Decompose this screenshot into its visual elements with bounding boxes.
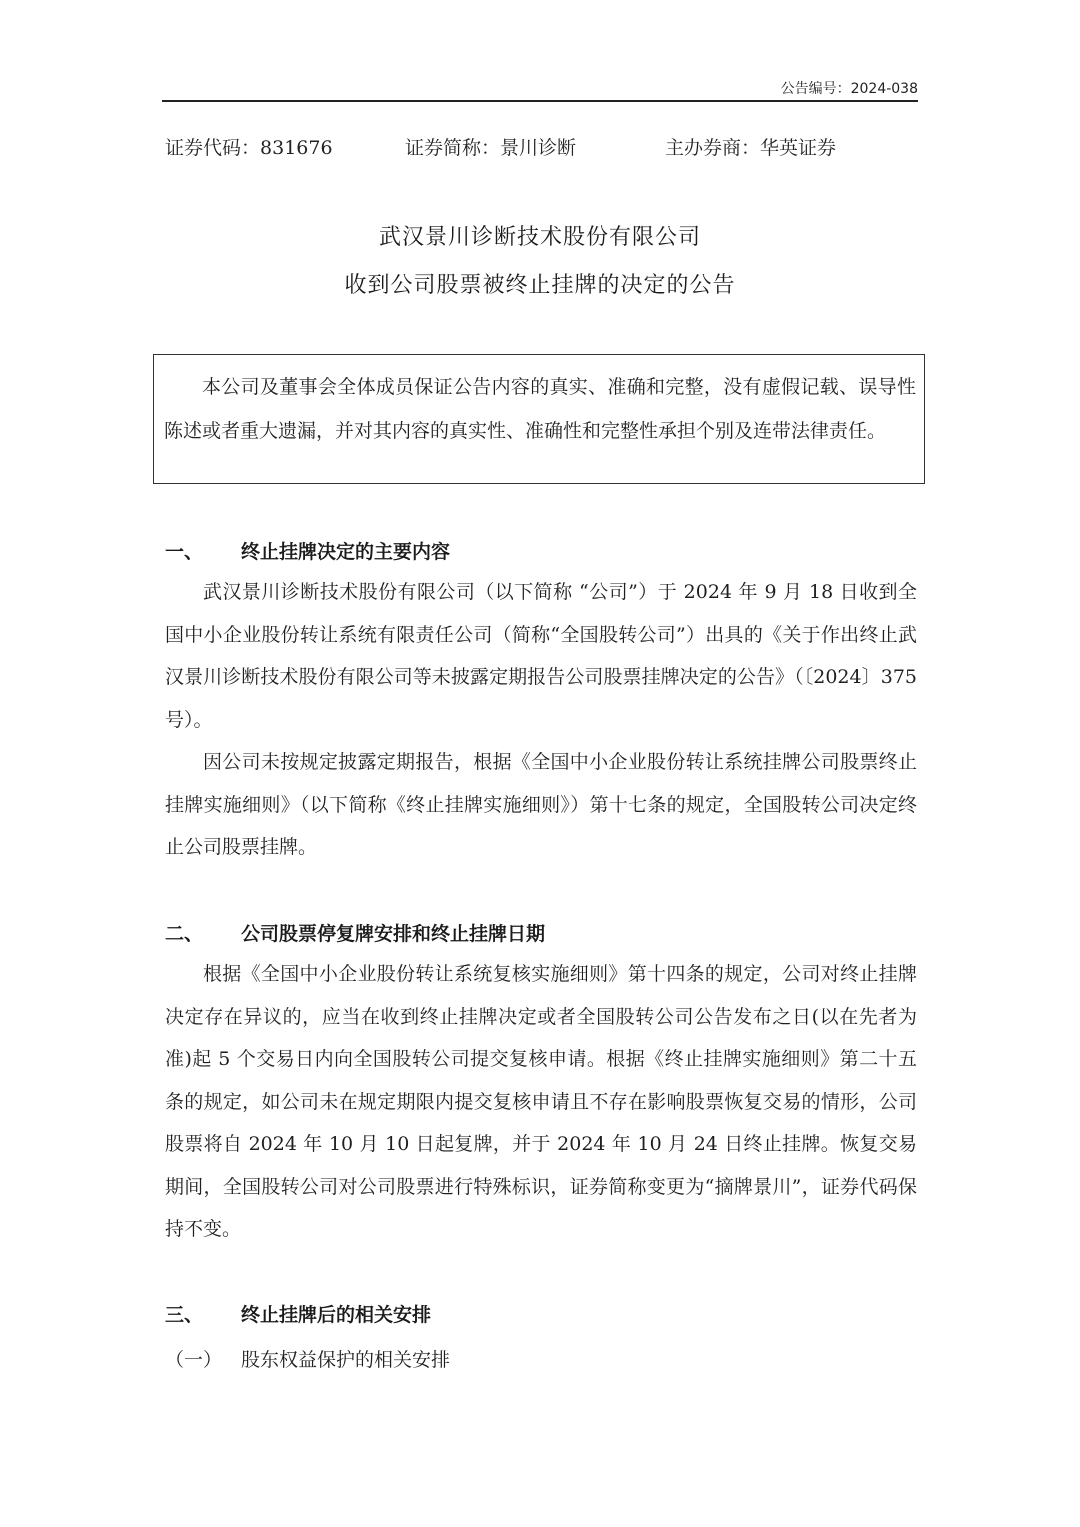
security-code-label: 证券代码： xyxy=(165,133,260,160)
section-number: 三、 xyxy=(165,1300,241,1327)
paragraph: 根据《全国中小企业股份转让系统复核实施细则》第十四条的规定，公司对终止挂牌决定存… xyxy=(165,953,917,1251)
security-info: 证券代码：831676证券简称：景川诊断主办券商：华英证券 xyxy=(165,133,836,160)
announcement-number: 公告编号：2024-038 xyxy=(781,78,918,98)
sponsor-broker: 主办券商：华英证券 xyxy=(665,133,836,160)
section-heading-1: 一、终止挂牌决定的主要内容 xyxy=(165,537,450,564)
paragraph: 武汉景川诊断技术股份有限公司（以下简称 “公司”）于 2024 年 9 月 18… xyxy=(165,571,917,741)
paragraph: 因公司未按规定披露定期报告，根据《全国中小企业股份转让系统挂牌公司股票终止挂牌实… xyxy=(165,741,917,869)
section-heading-2: 二、公司股票停复牌安排和终止挂牌日期 xyxy=(165,919,545,946)
security-abbr-label: 证券简称： xyxy=(405,133,500,160)
section-1-body: 武汉景川诊断技术股份有限公司（以下简称 “公司”）于 2024 年 9 月 18… xyxy=(165,571,917,869)
section-title: 终止挂牌决定的主要内容 xyxy=(241,541,450,563)
board-statement-text: 本公司及董事会全体成员保证公告内容的真实、准确和完整，没有虚假记载、误导性陈述或… xyxy=(164,365,916,453)
sponsor-broker-label: 主办券商： xyxy=(665,133,760,160)
section-number: 一、 xyxy=(165,537,241,564)
sponsor-broker-value: 华英证券 xyxy=(760,133,836,160)
security-code-value: 831676 xyxy=(260,137,333,159)
section-heading-3: 三、终止挂牌后的相关安排 xyxy=(165,1300,431,1327)
header-divider xyxy=(162,100,918,102)
document-title-subject: 收到公司股票被终止挂牌的决定的公告 xyxy=(0,268,1080,299)
announcement-number-value: 2024-038 xyxy=(851,81,918,97)
section-number: 二、 xyxy=(165,919,241,946)
document-title-company: 武汉景川诊断技术股份有限公司 xyxy=(0,220,1080,251)
security-abbr-value: 景川诊断 xyxy=(500,133,576,160)
announcement-number-label: 公告编号： xyxy=(781,81,851,97)
section-title: 终止挂牌后的相关安排 xyxy=(241,1304,431,1326)
subsection-heading: （一）股东权益保护的相关安排 xyxy=(165,1345,450,1372)
subsection-number: （一） xyxy=(165,1345,241,1372)
board-statement-box: 本公司及董事会全体成员保证公告内容的真实、准确和完整，没有虚假记载、误导性陈述或… xyxy=(153,354,925,484)
security-abbr: 证券简称：景川诊断 xyxy=(405,133,665,160)
section-2-body: 根据《全国中小企业股份转让系统复核实施细则》第十四条的规定，公司对终止挂牌决定存… xyxy=(165,953,917,1251)
security-code: 证券代码：831676 xyxy=(165,133,405,160)
section-title: 公司股票停复牌安排和终止挂牌日期 xyxy=(241,923,545,945)
subsection-title: 股东权益保护的相关安排 xyxy=(241,1349,450,1371)
